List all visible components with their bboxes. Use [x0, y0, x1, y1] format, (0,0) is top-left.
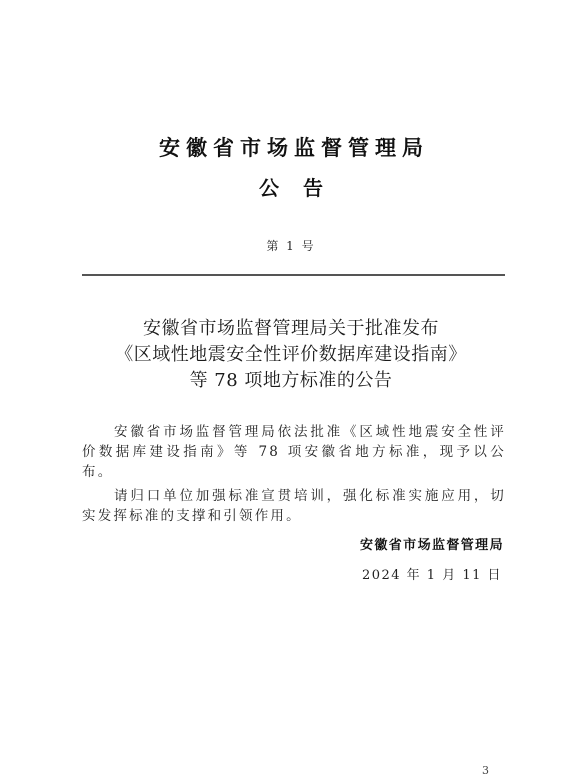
- page-number: 3: [482, 764, 489, 778]
- header-divider: [82, 274, 505, 276]
- document-page: 安徽省市场监督管理局 公告 第 1 号 安徽省市场监督管理局关于批准发布 《区域…: [0, 0, 582, 779]
- issue-date: 2024 年 1 月 11 日: [362, 567, 502, 585]
- body-paragraph: 请归口单位加强标准宣贯培训，强化标准实施应用，切实发挥标准的支撑和引领作用。: [82, 486, 506, 526]
- document-type-char: 公: [259, 174, 279, 202]
- document-number: 第 1 号: [0, 237, 582, 255]
- body-paragraph: 安徽省市场监督管理局依法批准《区域性地震安全性评价数据库建设指南》等 78 项安…: [82, 422, 506, 482]
- heading-line: 等 78 项地方标准的公告: [0, 368, 582, 394]
- heading-line: 《区域性地震安全性评价数据库建设指南》: [0, 342, 582, 368]
- issuing-authority-title: 安徽省市场监督管理局: [0, 134, 582, 162]
- signature-authority: 安徽省市场监督管理局: [360, 537, 504, 555]
- announcement-heading: 安徽省市场监督管理局关于批准发布 《区域性地震安全性评价数据库建设指南》 等 7…: [0, 316, 582, 394]
- heading-line: 安徽省市场监督管理局关于批准发布: [0, 316, 582, 342]
- announcement-body: 安徽省市场监督管理局依法批准《区域性地震安全性评价数据库建设指南》等 78 项安…: [82, 422, 506, 526]
- document-type-title: 公告: [0, 174, 582, 202]
- document-type-char: 告: [303, 174, 323, 202]
